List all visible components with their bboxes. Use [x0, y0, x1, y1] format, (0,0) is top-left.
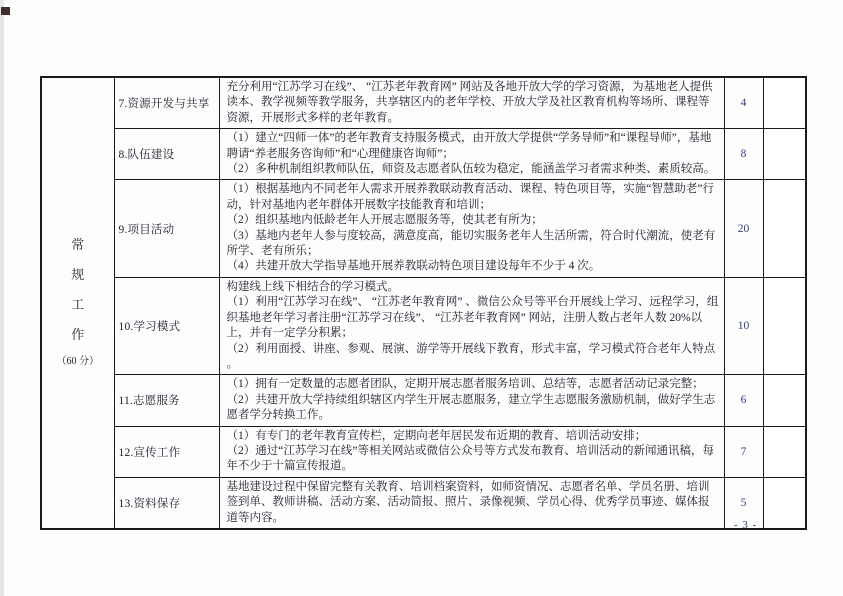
- group-title-char: 常: [71, 238, 84, 251]
- criteria-cell: （1）有专门的老年教育宣传栏，定期向老年居民发布近期的教育、培训活动安排；（2）…: [219, 426, 724, 477]
- group-header-cell: 常规工作（60 分）: [41, 77, 114, 529]
- item-label-cell: 7.资源开发与共享: [114, 77, 219, 129]
- item-label-cell: 10.学习模式: [114, 277, 219, 374]
- score-cell: 8: [724, 129, 763, 180]
- item-label-cell: 13.资料保存: [114, 477, 219, 529]
- criteria-text: （2）多种机制组织教师队伍，师资及志愿者队伍较为稳定，能涵盖学习者需求种类、素质…: [227, 162, 719, 177]
- criteria-text: （1）有专门的老年教育宣传栏，定期向老年居民发布近期的教育、培训活动安排；: [227, 429, 719, 444]
- empty-score-cell: [763, 477, 806, 529]
- table-row: 13.资料保存基地建设过程中保留完整有关教育、培训档案资料，如师资情况、志愿者名…: [41, 477, 806, 529]
- item-label-cell: 11.志愿服务: [114, 375, 219, 426]
- empty-score-cell: [763, 129, 806, 180]
- criteria-text: 构建线上线下相结合的学习模式。: [227, 280, 719, 295]
- criteria-text: 基地建设过程中保留完整有关教育、培训档案资料，如师资情况、志愿者名单、学员名册、…: [227, 480, 719, 526]
- table-row: 12.宣传工作（1）有专门的老年教育宣传栏，定期向老年居民发布近期的教育、培训活…: [41, 426, 806, 477]
- group-title-char: 作: [71, 328, 84, 341]
- empty-score-cell: [763, 180, 806, 277]
- group-title-vertical: 常规工作（60 分）: [43, 238, 113, 367]
- empty-score-cell: [763, 77, 806, 129]
- criteria-text: （2）共建开放大学持续组织辖区内学生开展志愿服务，建立学生志愿服务激励机制，做好…: [227, 393, 719, 424]
- item-label-cell: 9.项目活动: [114, 180, 219, 277]
- empty-score-cell: [763, 277, 806, 374]
- group-score-label: （60 分）: [57, 352, 100, 367]
- score-cell: 4: [724, 77, 763, 129]
- score-cell: 20: [724, 180, 763, 277]
- table-row: 9.项目活动（1）根据基地内不同老年人需求开展养教联动教育活动、课程、特色项目等…: [41, 180, 806, 277]
- empty-score-cell: [763, 426, 806, 477]
- empty-score-cell: [763, 375, 806, 426]
- table-row: 11.志愿服务（1）拥有一定数量的志愿者团队，定期开展志愿者服务培训、总结等，志…: [41, 375, 806, 426]
- criteria-text: （1）根据基地内不同老年人需求开展养教联动教育活动、课程、特色项目等，实施“智慧…: [227, 182, 719, 213]
- criteria-cell: 充分利用“江苏学习在线”、 “江苏老年教育网” 网站及各地开放大学的学习资源，为…: [219, 77, 724, 129]
- page-number: - 3 -: [734, 519, 757, 531]
- page-edge-strip: [0, 0, 4, 596]
- criteria-text: （1）建立“四师一体”的老年教育支持服务模式，由开放大学提供“学务导师”和“课程…: [227, 131, 719, 162]
- evaluation-table: 常规工作（60 分）7.资源开发与共享充分利用“江苏学习在线”、 “江苏老年教育…: [40, 76, 807, 530]
- criteria-text: 充分利用“江苏学习在线”、 “江苏老年教育网” 网站及各地开放大学的学习资源，为…: [227, 80, 719, 126]
- criteria-cell: 基地建设过程中保留完整有关教育、培训档案资料，如师资情况、志愿者名单、学员名册、…: [219, 477, 724, 529]
- criteria-text: （2）利用面授、讲座、参观、展演、游学等开展线下教育，形式丰富，学习模式符合老年…: [227, 342, 719, 373]
- criteria-text: （3）基地内老年人参与度较高，满意度高，能切实服务老年人生活所需，符合时代潮流，…: [227, 229, 719, 260]
- criteria-cell: （1）拥有一定数量的志愿者团队，定期开展志愿者服务培训、总结等，志愿者活动记录完…: [219, 375, 724, 426]
- score-cell: 7: [724, 426, 763, 477]
- item-label-cell: 8.队伍建设: [114, 129, 219, 180]
- criteria-cell: （1）建立“四师一体”的老年教育支持服务模式，由开放大学提供“学务导师”和“课程…: [219, 129, 724, 180]
- criteria-cell: （1）根据基地内不同老年人需求开展养教联动教育活动、课程、特色项目等，实施“智慧…: [219, 180, 724, 277]
- score-cell: 10: [724, 277, 763, 374]
- table-row: 常规工作（60 分）7.资源开发与共享充分利用“江苏学习在线”、 “江苏老年教育…: [41, 77, 806, 129]
- group-title-char: 工: [71, 298, 84, 311]
- criteria-text: （1）利用“江苏学习在线”、 “江苏老年教育网” 、微信公众号等平台开展线上学习…: [227, 295, 719, 341]
- table-row: 8.队伍建设（1）建立“四师一体”的老年教育支持服务模式，由开放大学提供“学务导…: [41, 129, 806, 180]
- criteria-text: （2）通过“江苏学习在线”等相关网站或微信公众号等方式发布教育、培训活动的新闻通…: [227, 444, 719, 475]
- criteria-text: （2）组织基地内低龄老年人开展志愿服务等，使其老有所为；: [227, 213, 719, 228]
- criteria-cell: 构建线上线下相结合的学习模式。（1）利用“江苏学习在线”、 “江苏老年教育网” …: [219, 277, 724, 374]
- criteria-text: （4）共建开放大学指导基地开展养教联动特色项目建设每年不少于 4 次。: [227, 259, 719, 274]
- table-row: 10.学习模式构建线上线下相结合的学习模式。（1）利用“江苏学习在线”、 “江苏…: [41, 277, 806, 374]
- score-cell: 6: [724, 375, 763, 426]
- corner-marker: [1, 7, 10, 15]
- item-label-cell: 12.宣传工作: [114, 426, 219, 477]
- criteria-text: （1）拥有一定数量的志愿者团队，定期开展志愿者服务培训、总结等，志愿者活动记录完…: [227, 377, 719, 392]
- group-title-char: 规: [71, 268, 84, 281]
